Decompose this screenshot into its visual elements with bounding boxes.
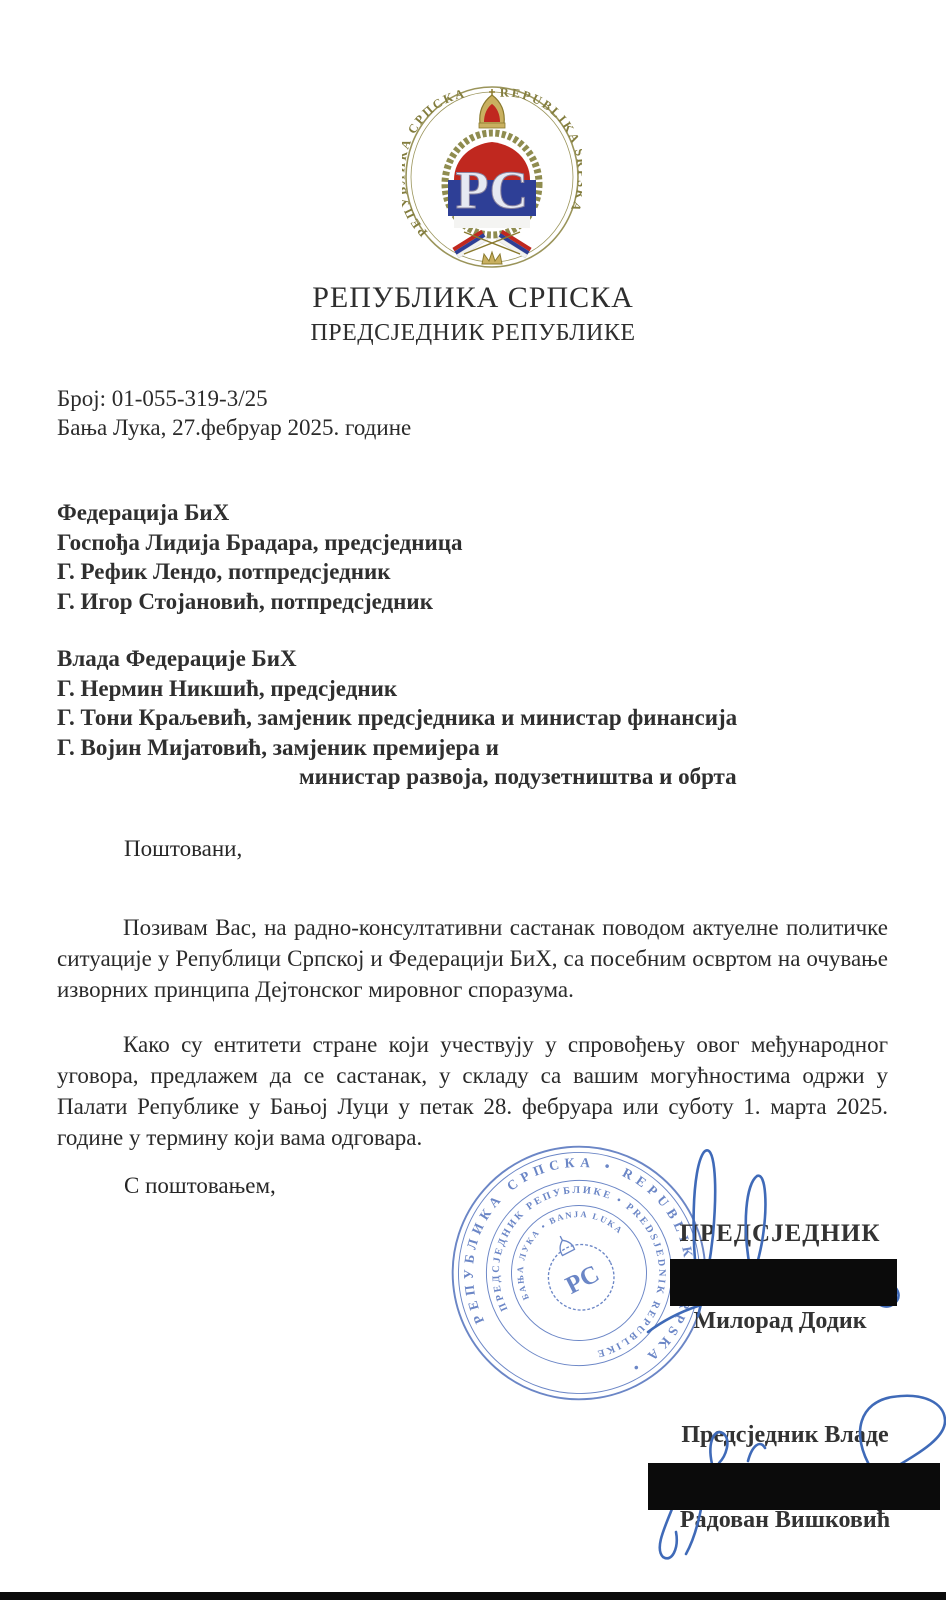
emblem-bottom-crown-icon [482,252,502,264]
closing-phrase: С поштовањем, [124,1173,276,1199]
recipient-line: Г. Рефик Лендо, потпредсједник [57,557,463,587]
recipients-federation: Федерација БиХ Госпођа Лидија Брадара, п… [57,498,463,616]
recipient-heading: Федерација БиХ [57,498,463,528]
coat-of-arms-icon: РЕПУБЛИКА СРПСКА REPUBLIKA SRPSKA РС [402,82,582,272]
reference-place-date: Бања Лука, 27.фебруар 2025. године [57,413,411,442]
president-name: Милорад Додик [655,1308,905,1335]
salutation: Поштовани, [124,836,242,862]
bottom-border-bar [0,1592,946,1600]
letterhead-subtitle: ПРЕДСЈЕДНИК РЕПУБЛИКЕ [0,320,946,347]
redaction-box-prime-minister [648,1463,940,1510]
recipient-line-continuation: министар развоја, подузетништва и обрта [57,762,737,792]
emblem-shield-icon: РС [448,142,536,228]
recipient-line: Г. Игор Стојановић, потпредсједник [57,587,463,617]
letter-page: РЕПУБЛИКА СРПСКА REPUBLIKA SRPSKA РС [0,0,946,1600]
stamp-ring3-text: БАЊА ЛУКА • BANJA LUKA [493,1188,634,1302]
body-paragraph-2: Како су ентитети стране који учествују у… [57,1029,888,1153]
recipient-line: Госпођа Лидија Брадара, предсједница [57,528,463,558]
reference-block: Број: 01-055-319-3/25 Бања Лука, 27.фебр… [57,384,411,442]
stamp-center-emblem-icon: РС [531,1221,625,1321]
recipient-heading: Влада Федерације БиХ [57,644,737,674]
recipient-line: Г. Војин Мијатовић, замјеник премијера и [57,733,737,763]
stamp-monogram: РС [561,1260,603,1299]
prime-minister-title: Предсједник Владе [645,1422,925,1449]
svg-text:БАЊА ЛУКА • BANJA LUKA: БАЊА ЛУКА • BANJA LUKA [493,1188,634,1302]
emblem-monogram: РС [456,160,529,220]
recipient-line: Г. Тони Краљевић, замјеник предсједника … [57,703,737,733]
recipient-line: Г. Нермин Никшић, предсједник [57,674,737,704]
recipients-government: Влада Федерације БиХ Г. Нермин Никшић, п… [57,644,737,792]
letterhead-title: РЕПУБЛИКА СРПСКА [0,281,946,315]
body-paragraph-1: Позивам Вас, на радно-консултативни саст… [57,912,888,1005]
reference-number: Број: 01-055-319-3/25 [57,384,411,413]
president-title: ПРЕДСЈЕДНИК [655,1220,905,1248]
redaction-box-president [670,1259,897,1306]
prime-minister-name: Радован Вишковић [645,1507,925,1534]
